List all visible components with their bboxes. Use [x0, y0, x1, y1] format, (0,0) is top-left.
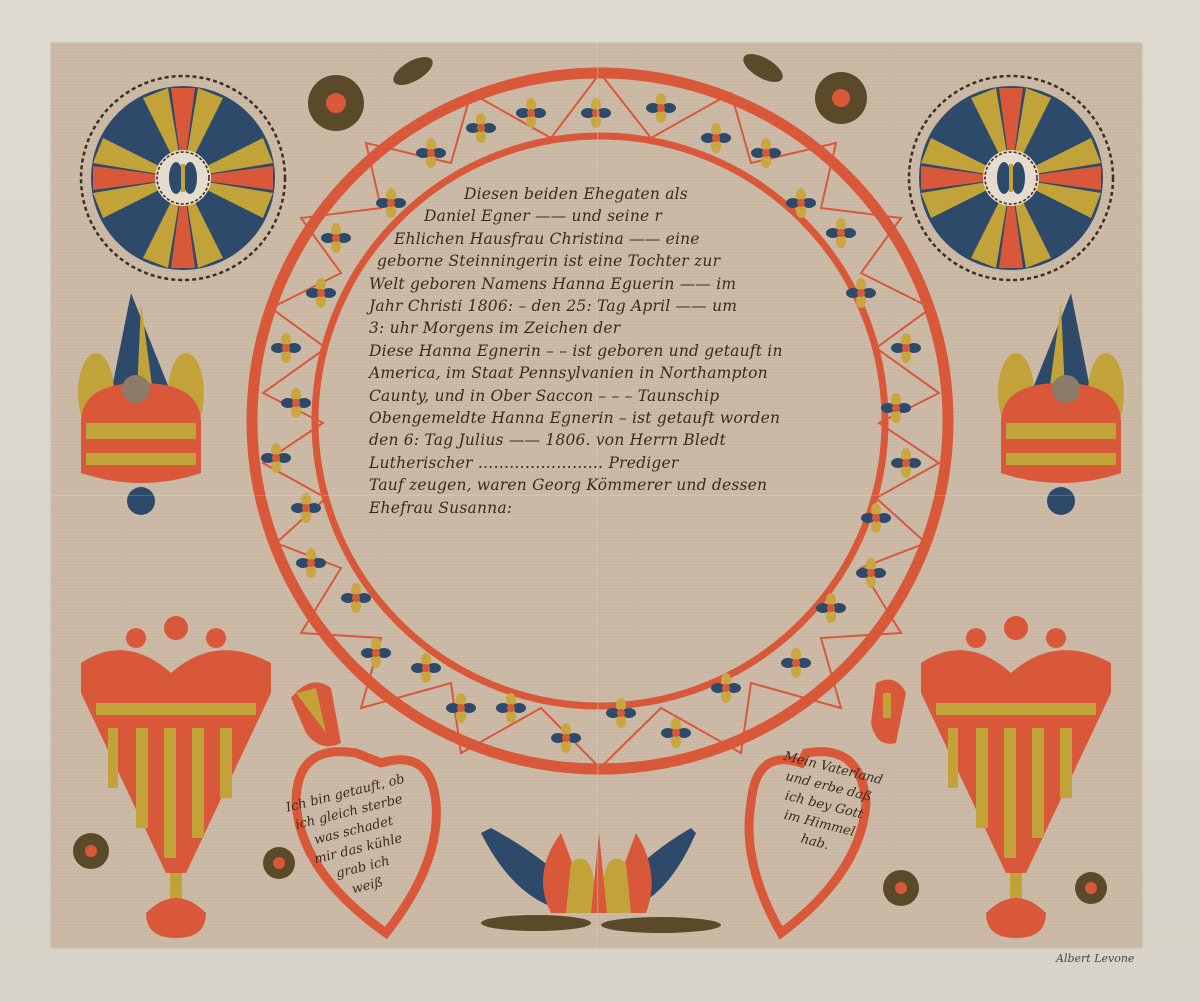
inscription-line: 3: uhr Morgens im Zeichen der [369, 317, 839, 339]
artist-signature: Albert Levone [1056, 952, 1134, 965]
mat-board: Diesen beiden Ehegaten als Daniel Egner … [0, 0, 1200, 1002]
inscription-line: Welt geboren Namens Hanna Eguerin —— im [369, 273, 839, 295]
inscription-line: Daniel Egner —— und seine r [369, 205, 839, 227]
inscription-line: Ehefrau Susanna: [369, 497, 839, 519]
inscription-line: Ehlichen Hausfrau Christina —— eine [369, 228, 839, 250]
inscription-line: Lutherischer …………………… Prediger [369, 452, 839, 474]
inscription-line: Obengemeldte Hanna Egnerin – ist getauft… [369, 407, 839, 429]
rosette-left [81, 76, 285, 280]
birth-inscription: Diesen beiden Ehegaten als Daniel Egner … [369, 183, 839, 519]
inscription-line: geborne Steinningerin ist eine Tochter z… [369, 250, 839, 272]
inscription-line: Caunty, und in Ober Saccon – – – Taunsch… [369, 385, 839, 407]
bird-left [78, 293, 204, 515]
inscription-line: Jahr Christi 1806: – den 25: Tag April —… [369, 295, 839, 317]
inscription-line: den 6: Tag Julius —— 1806. von Herrn Ble… [369, 429, 839, 451]
rosette-right [909, 76, 1113, 280]
fraktur-document: Diesen beiden Ehegaten als Daniel Egner … [51, 43, 1142, 948]
urn-left [81, 616, 271, 938]
bottom-tulip [481, 828, 721, 933]
inscription-line: Tauf zeugen, waren Georg Kömmerer und de… [369, 474, 839, 496]
inscription-line: Diese Hanna Egnerin – – ist geboren und … [369, 340, 839, 362]
inscription-line: America, im Staat Pennsylvanien in North… [369, 362, 839, 384]
inscription-line: Diesen beiden Ehegaten als [369, 183, 839, 205]
bird-right [998, 293, 1124, 515]
